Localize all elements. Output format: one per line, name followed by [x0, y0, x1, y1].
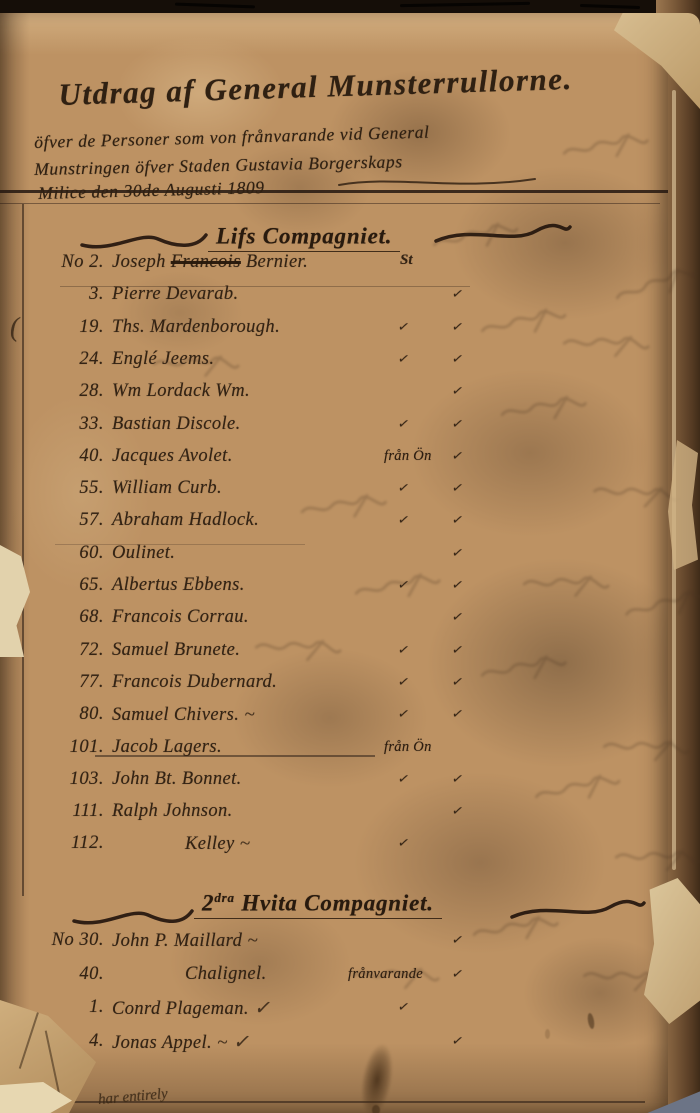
- check-mark: ✓: [450, 319, 465, 335]
- check-mark: ✓: [450, 642, 465, 658]
- person-name-part: Francois Dubernard.: [112, 672, 277, 692]
- section-heading-lifs: Lifs Compagniet.: [208, 223, 400, 252]
- section-heading-hvita: 2dra Hvita Compagniet.: [194, 890, 442, 919]
- check-mark: ✓: [396, 481, 411, 497]
- row-number: 101.: [28, 737, 104, 758]
- subtitle-line: Milice den 30de Augusti 1809: [38, 177, 265, 204]
- bleed-through-mark: [611, 841, 700, 882]
- person-name-part: Bernier.: [241, 252, 308, 272]
- flourish-paren: (: [10, 312, 19, 343]
- check-mark: ✓: [450, 513, 465, 529]
- section-heading-text: Hvita Compagniet.: [235, 891, 434, 916]
- row-number: 28.: [28, 381, 104, 402]
- person-name: Kelley ~: [185, 833, 251, 855]
- person-name: John P. Maillard ~: [112, 930, 258, 952]
- check-mark: ✓: [450, 707, 465, 723]
- margin-mark: St: [400, 252, 413, 269]
- check-mark: ✓: [450, 351, 465, 367]
- footer-text-fragment: har entirely: [97, 1086, 168, 1109]
- row-number: 112.: [28, 833, 104, 854]
- person-name-part: Jacob Lagers.: [112, 737, 222, 757]
- person-name: Conrd Plageman. ✓: [112, 997, 270, 1020]
- person-name: William Curb.: [112, 478, 222, 499]
- check-mark: ✓: [450, 966, 465, 982]
- person-name-part: John Bt. Bonnet.: [112, 769, 242, 789]
- check-mark: ✓: [450, 287, 465, 303]
- roster-row: 80.Samuel Chivers. ~✓✓: [28, 704, 668, 730]
- check-mark: ✓: [396, 513, 411, 529]
- bleed-through-mark: [251, 631, 346, 672]
- roster-row: No 30.John P. Maillard ~✓: [28, 930, 668, 956]
- flourish-swash: [335, 173, 545, 193]
- bleed-through-mark: [519, 568, 613, 607]
- section-heading-sup: dra: [214, 890, 234, 905]
- roster-row: No 2.Joseph Francois Bernier.St: [28, 252, 668, 278]
- person-name: Ths. Mardenborough.: [112, 317, 280, 338]
- flourish-tail: ~: [242, 930, 258, 951]
- ink-drip: [372, 1105, 380, 1113]
- roster-row: 60.Oulinet.✓: [28, 543, 668, 569]
- annotation: från Ön: [384, 739, 432, 756]
- person-name: Albertus Ebbens.: [112, 575, 245, 596]
- row-number: 40.: [28, 964, 104, 985]
- person-name-part: Abraham Hadlock.: [112, 510, 259, 530]
- row-number: No 2.: [28, 252, 104, 273]
- adjacent-page-ink-mark: [400, 2, 530, 7]
- person-name: Samuel Chivers. ~: [112, 704, 255, 726]
- row-number: 19.: [28, 317, 104, 338]
- person-name-part: Samuel Chivers.: [112, 705, 239, 725]
- person-name: Chalignel.: [185, 964, 267, 985]
- check-mark: ✓: [396, 319, 411, 335]
- row-number: 68.: [28, 607, 104, 628]
- check-mark: ✓: [396, 674, 411, 690]
- check-mark: ✓: [450, 448, 465, 464]
- person-name: Ralph Johnson.: [112, 801, 233, 822]
- check-mark: ✓: [396, 642, 411, 658]
- person-name-part: Bastian Discole.: [112, 414, 241, 434]
- person-name: Jacques Avolet.: [112, 446, 233, 467]
- check-mark: ✓: [396, 707, 411, 723]
- bottom-crease-rule: [0, 1101, 645, 1103]
- person-name-part: Jonas Appel.: [112, 1033, 212, 1053]
- scan-backdrop-top: [0, 0, 700, 13]
- adjacent-page-ink-mark: [175, 3, 255, 9]
- bleed-through-mark: [349, 959, 444, 1000]
- person-name: Abraham Hadlock.: [112, 510, 259, 531]
- check-mark: ✓: [450, 674, 465, 690]
- row-number: 55.: [28, 478, 104, 499]
- flourish-tail: ✓: [249, 998, 270, 1019]
- person-name-part: Francois Corrau.: [112, 607, 249, 627]
- person-name: Francois Corrau.: [112, 607, 249, 628]
- roster-row: 77.Francois Dubernard.✓✓: [28, 672, 668, 698]
- check-mark: ✓: [450, 416, 465, 432]
- person-name-part: Jacques Avolet.: [112, 446, 233, 466]
- check-mark: ✓: [450, 481, 465, 497]
- roster-row: 4.Jonas Appel. ~ ✓✓: [28, 1031, 668, 1057]
- check-mark: ✓: [450, 771, 465, 787]
- person-name-part: Oulinet.: [112, 543, 175, 563]
- person-name: Jacob Lagers.: [112, 737, 222, 758]
- flourish-swash: [70, 903, 196, 931]
- annotation: från Ön: [384, 448, 432, 465]
- person-name: Joseph Francois Bernier.: [112, 252, 308, 273]
- row-number: 80.: [28, 704, 104, 725]
- header-rule-thin: [0, 203, 660, 204]
- check-mark: ✓: [396, 836, 411, 852]
- bleed-through-mark: [559, 128, 654, 170]
- left-margin-rule: [22, 204, 24, 896]
- ink-drip: [545, 1029, 550, 1039]
- row-number: 72.: [28, 640, 104, 661]
- person-name: Bastian Discole.: [112, 414, 241, 435]
- row-number: 60.: [28, 543, 104, 564]
- roster-row: 68.Francois Corrau.✓: [28, 607, 668, 633]
- row-number: 40.: [28, 446, 104, 467]
- person-name-part: Conrd Plageman.: [112, 999, 249, 1019]
- flourish-tail: ~: [239, 704, 255, 725]
- check-mark: ✓: [450, 933, 465, 949]
- roster-row: 72.Samuel Brunete.✓✓: [28, 640, 668, 666]
- person-name: Samuel Brunete.: [112, 640, 240, 661]
- page-title: Utdrag af General Munsterrullorne.: [58, 61, 573, 113]
- flourish-tail: ~ ✓: [212, 1032, 249, 1053]
- roster-row: 1.Conrd Plageman. ✓✓: [28, 997, 668, 1023]
- check-mark: ✓: [450, 384, 465, 400]
- person-name-part: Chalignel.: [185, 964, 267, 984]
- person-name-part: John P. Maillard: [112, 931, 242, 951]
- roster-row: 40.Jacques Avolet.från Ön✓: [28, 446, 668, 472]
- check-mark: ✓: [396, 351, 411, 367]
- roster-row: 40.Chalignel.frånvarande✓: [28, 964, 668, 990]
- section-heading-text: Lifs Compagniet.: [216, 224, 392, 249]
- row-number: 77.: [28, 672, 104, 693]
- row-number: No 30.: [28, 930, 104, 951]
- person-name-part: Albertus Ebbens.: [112, 575, 245, 595]
- check-mark: ✓: [396, 416, 411, 432]
- paper-crack: [19, 1011, 39, 1069]
- person-name-part: Ralph Johnson.: [112, 801, 233, 821]
- person-name-part: Pierre Devarab.: [112, 284, 239, 304]
- check-mark: ✓: [450, 1033, 465, 1049]
- section-heading-num: 2: [202, 891, 214, 916]
- manuscript-paper: Utdrag af General Munsterrullorne. öfver…: [0, 13, 668, 1113]
- struck-name-part: Francois: [171, 252, 241, 272]
- person-name-part: Kelley: [185, 834, 235, 854]
- person-name: John Bt. Bonnet.: [112, 769, 242, 790]
- check-mark: ✓: [450, 610, 465, 626]
- scanned-manuscript-page: Utdrag af General Munsterrullorne. öfver…: [0, 0, 700, 1113]
- person-name-part: William Curb.: [112, 478, 222, 498]
- person-name-part: Joseph: [112, 252, 171, 272]
- bleed-through-mark: [149, 348, 243, 387]
- check-mark: ✓: [450, 545, 465, 561]
- roster-row: 112.Kelley ~✓: [28, 833, 668, 859]
- check-mark: ✓: [396, 771, 411, 787]
- person-name-part: Samuel Brunete.: [112, 640, 240, 660]
- check-mark: ✓: [396, 1000, 411, 1016]
- person-name-part: Ths. Mardenborough.: [112, 317, 280, 337]
- person-name: Jonas Appel. ~ ✓: [112, 1031, 249, 1054]
- bleed-through-mark: [297, 490, 391, 529]
- flourish-tail: ~: [235, 833, 251, 854]
- roster-row: 3.Pierre Devarab.✓: [28, 284, 668, 310]
- row-number: 103.: [28, 769, 104, 790]
- person-name: Francois Dubernard.: [112, 672, 277, 693]
- person-name: Oulinet.: [112, 543, 175, 564]
- check-mark: ✓: [450, 578, 465, 594]
- adjacent-page-ink-mark: [580, 4, 640, 9]
- row-number: 24.: [28, 349, 104, 370]
- roster-row: 101.Jacob Lagers.från Ön: [28, 737, 668, 763]
- row-number: 65.: [28, 575, 104, 596]
- row-number: 33.: [28, 414, 104, 435]
- row-number: 3.: [28, 284, 104, 305]
- check-mark: ✓: [450, 804, 465, 820]
- row-number: 57.: [28, 510, 104, 531]
- flourish-swash: [78, 227, 210, 255]
- row-number: 111.: [28, 801, 104, 822]
- subtitle-line: öfver de Personer som von frånvarande vi…: [34, 122, 430, 153]
- person-name: Pierre Devarab.: [112, 284, 239, 305]
